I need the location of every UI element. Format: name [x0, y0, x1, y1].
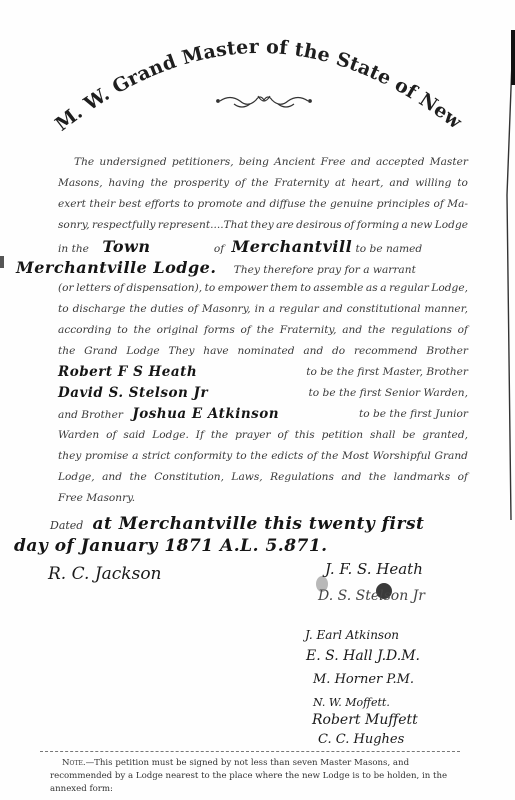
word: petitioners, [172, 152, 234, 173]
word: Fraternity [274, 173, 329, 194]
word: according [58, 320, 111, 341]
word: Most [342, 446, 369, 467]
closing-line: Free Masonry. [58, 488, 135, 509]
word: manner, [424, 299, 468, 320]
word: accepted [376, 152, 425, 173]
body-line-6: Merchantville Lodge. They therefore pray… [16, 257, 416, 278]
word: strict [142, 446, 170, 467]
word: regular [279, 299, 319, 320]
word: best [119, 194, 142, 215]
word: dispensation), [126, 278, 202, 299]
word: in [255, 299, 265, 320]
word: and [246, 194, 266, 215]
word: said [123, 425, 145, 446]
master-name-handwritten: Robert F S Heath [58, 364, 197, 380]
signature-right-1: J. F. S. Heath [325, 560, 423, 578]
word: their [89, 194, 115, 215]
word: a [380, 278, 386, 299]
word: efforts [145, 194, 180, 215]
signature-right-8: C. C. Hughes [318, 732, 404, 747]
body-line-15: theypromiseastrictconformitytotheedictso… [58, 446, 468, 467]
word: to [58, 299, 69, 320]
word: prosperity [174, 173, 229, 194]
word: of [278, 425, 288, 446]
word: desirous [296, 215, 342, 236]
word: diffuse [269, 194, 305, 215]
word: They [168, 341, 194, 362]
body-line-5: in the Town of Merchantvill to be named [58, 236, 422, 257]
word: to [457, 173, 468, 194]
word: the [211, 425, 228, 446]
word: of [241, 320, 251, 341]
word: do [332, 341, 345, 362]
word: regular [389, 278, 429, 299]
word: granted, [422, 425, 468, 446]
word: prayer [235, 425, 270, 446]
word: respectfully [92, 215, 156, 236]
word: to [236, 446, 247, 467]
signature-left-1: R. C. Jackson [48, 564, 162, 584]
word: recommend [354, 341, 418, 362]
divider-rule [40, 751, 460, 752]
dated-handwritten-line-1: at Merchantville this twenty first [92, 514, 424, 534]
junior-warden-line: and Brother Joshua E Atkinson to be the … [58, 404, 468, 425]
word: Fraternity, [280, 320, 337, 341]
word: a [402, 215, 408, 236]
scroll-ornament-icon [212, 90, 316, 112]
word: Ancient [274, 152, 315, 173]
word: to [205, 278, 216, 299]
word: the [250, 446, 267, 467]
word: Grand [435, 446, 468, 467]
note-label: Note. [50, 758, 86, 768]
word: Warden [58, 425, 99, 446]
junior-warden-name-handwritten: Joshua E Atkinson [132, 406, 279, 422]
body-line-7: (orlettersofdispensation),toempowerthemt… [58, 278, 468, 299]
word: assemble [313, 278, 363, 299]
lodge-name-handwritten: Merchantville Lodge. [16, 258, 216, 277]
word: and [389, 173, 409, 194]
word: and [102, 467, 122, 488]
word: of [458, 467, 468, 488]
word: Masons, [58, 173, 103, 194]
dated-label: Dated [50, 519, 83, 532]
body-line-3: exerttheirbesteffortstopromoteanddiffuse… [58, 194, 468, 215]
senior-warden-name-handwritten: David S. Stelson Jr [58, 385, 208, 401]
word: be [402, 425, 415, 446]
signature-right-5: M. Horner P.M. [313, 672, 414, 687]
word: discharge [73, 299, 126, 320]
word: forms [204, 320, 235, 341]
word: letters [76, 278, 111, 299]
signature-right-3: J. Earl Atkinson [305, 628, 399, 642]
word: the [368, 320, 385, 341]
word: them [270, 278, 297, 299]
word: undersigned [99, 152, 166, 173]
signature-right-2: D. S. Stelson Jr [318, 588, 425, 604]
word: of [188, 299, 198, 320]
word: promise [85, 446, 128, 467]
signature-right-7: Robert Muffett [312, 712, 418, 728]
word: Lodge. [152, 425, 189, 446]
word: have [203, 341, 228, 362]
master-line: Robert F S Heath to be the first Master,… [58, 362, 468, 383]
word: represent....That [158, 215, 248, 236]
body-line-4: sonry,respectfullyrepresent....Thattheya… [58, 215, 468, 236]
place-type-handwritten: Town [102, 237, 150, 256]
body-line-2: Masons,havingtheprosperityoftheFraternit… [58, 173, 468, 194]
word: of [344, 215, 354, 236]
warrant-text: They therefore pray for a warrant [234, 264, 416, 276]
petition-document: To the M. W. Grand Master of the State o… [0, 0, 515, 800]
page-edge-shadow [495, 0, 515, 520]
place-name-handwritten: Merchantvill [232, 237, 353, 256]
word: to [117, 320, 128, 341]
word: the [257, 320, 274, 341]
word: a [132, 446, 138, 467]
word: Lodge [126, 341, 159, 362]
word: at [335, 173, 346, 194]
word: of [307, 446, 317, 467]
word: this [295, 425, 315, 446]
word: of [114, 278, 124, 299]
word: of [433, 194, 443, 215]
word: and [342, 320, 362, 341]
word: the [321, 446, 338, 467]
word: forming [357, 215, 399, 236]
word: empower [218, 278, 268, 299]
word: as [366, 278, 378, 299]
body-line-16: Lodge,andtheConstitution,Laws,Regulation… [58, 467, 468, 488]
to-be-named-label: to be named [356, 243, 423, 255]
word: promote [197, 194, 242, 215]
junior-warden-text: to be the first Junior [359, 404, 468, 425]
body-line-14: WardenofsaidLodge.Iftheprayerofthispetit… [58, 425, 468, 446]
word: the [150, 173, 167, 194]
word: constitutional [347, 299, 421, 320]
body-line-1: Theundersignedpetitioners,beingAncientFr… [74, 152, 468, 173]
word: Free [321, 152, 346, 173]
word: the [129, 299, 146, 320]
body-line-10: theGrandLodgeTheyhavenominatedanddorecom… [58, 341, 468, 362]
word: Constitution, [154, 467, 224, 488]
word: the [369, 467, 386, 488]
word: original [157, 320, 199, 341]
word: Lodge, [431, 278, 468, 299]
word: sonry, [58, 215, 90, 236]
word: exert [58, 194, 86, 215]
word: the [134, 320, 151, 341]
note-text: —This petition must be signed by not les… [50, 758, 447, 794]
word: and [303, 341, 323, 362]
word: Lodge, [58, 467, 95, 488]
word: the [129, 467, 146, 488]
in-the-label: in the [58, 243, 89, 255]
word: new [410, 215, 432, 236]
word: genuine [330, 194, 373, 215]
word: of [106, 425, 116, 446]
svg-text:To the M. W. Grand Master of t: To the M. W. Grand Master of the State o… [40, 18, 472, 138]
dated-handwritten-line-2: day of January 1871 A.L. 5.871. [14, 536, 328, 556]
signature-right-4: E. S. Hall J.D.M. [306, 648, 420, 664]
word: Laws, [231, 467, 262, 488]
word: a [269, 299, 275, 320]
word: nominated [237, 341, 294, 362]
word: conformity [174, 446, 232, 467]
word: Worshipful [373, 446, 431, 467]
word: they [250, 215, 273, 236]
body-line-8: todischargethedutiesofMasonry,inaregular… [58, 299, 468, 320]
word: Ma- [447, 194, 468, 215]
word: edicts [271, 446, 303, 467]
and-brother-label: and Brother [58, 409, 123, 421]
word: regulations [391, 320, 452, 341]
word: the [309, 194, 326, 215]
body-line-9: accordingtotheoriginalformsoftheFraterni… [58, 320, 468, 341]
of-label: of [214, 243, 224, 255]
word: willing [415, 173, 451, 194]
document-title: To the M. W. Grand Master of the State o… [40, 18, 480, 138]
word: being [239, 152, 269, 173]
word: of [235, 173, 245, 194]
word: (or [58, 278, 74, 299]
word: the [251, 173, 268, 194]
word: petition [322, 425, 364, 446]
word: The [74, 152, 94, 173]
master-text: to be the first Master, Brother [306, 362, 468, 383]
scan-edge-mark [0, 256, 4, 268]
word: and [351, 152, 371, 173]
word: to [183, 194, 194, 215]
word: having [108, 173, 144, 194]
word: of [458, 320, 468, 341]
word: Masonry, [202, 299, 251, 320]
word: Brother [426, 341, 468, 362]
word: duties [151, 299, 184, 320]
word: and [341, 467, 361, 488]
word: shall [370, 425, 395, 446]
word: the [58, 341, 75, 362]
word: are [276, 215, 294, 236]
word: Master [430, 152, 468, 173]
word: to [300, 278, 311, 299]
senior-warden-text: to be the first Senior Warden, [309, 383, 468, 404]
word: they [58, 446, 81, 467]
word: Grand [84, 341, 117, 362]
word: Lodge [435, 215, 468, 236]
signature-right-6: N. W. Moffett. [313, 696, 390, 709]
word: Regulations [270, 467, 334, 488]
word: landmarks [394, 467, 451, 488]
word: If [196, 425, 204, 446]
word: and [323, 299, 343, 320]
word: principles [377, 194, 430, 215]
footnote: Note.—This petition must be signed by no… [50, 757, 470, 796]
senior-warden-line: David S. Stelson Jr to be the first Seni… [58, 383, 468, 404]
word: heart, [351, 173, 383, 194]
